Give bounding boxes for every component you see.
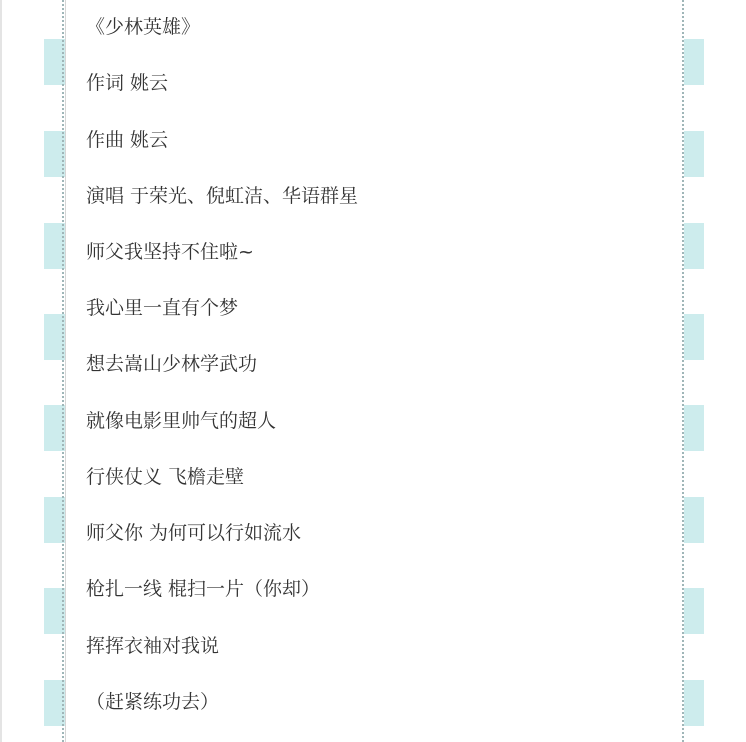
lyric-line: 挥挥衣袖对我说 <box>86 634 219 658</box>
decorative-teal-block-right <box>684 314 704 360</box>
left-window-edge <box>0 0 2 742</box>
lyric-line: （赶紧练功去） <box>86 690 219 714</box>
lyricist-credit: 作词 姚云 <box>86 71 168 95</box>
lyrics-page: 《少林英雄》 作词 姚云 作曲 姚云 演唱 于荣光、倪虹洁、华语群星 师父我坚持… <box>66 0 682 742</box>
decorative-teal-block-right <box>684 588 704 634</box>
decorative-teal-block-right <box>684 131 704 177</box>
decorative-teal-block-right <box>684 680 704 726</box>
decorative-teal-block-right <box>684 39 704 85</box>
dotted-border-right <box>682 0 684 742</box>
composer-credit: 作曲 姚云 <box>86 128 168 152</box>
song-title: 《少林英雄》 <box>86 15 200 39</box>
decorative-teal-block-right <box>684 405 704 451</box>
performer-credit: 演唱 于荣光、倪虹洁、华语群星 <box>86 184 358 208</box>
lyric-line: 师父我坚持不住啦~ <box>86 240 254 264</box>
lyric-line: 行侠仗义 飞檐走壁 <box>86 465 244 489</box>
lyric-line: 枪扎一线 棍扫一片（你却） <box>86 577 320 601</box>
dotted-border-left <box>62 0 64 742</box>
decorative-teal-block-right <box>684 497 704 543</box>
lyric-line: 我心里一直有个梦 <box>86 296 238 320</box>
lyric-line: 想去嵩山少林学武功 <box>86 352 257 376</box>
decorative-teal-block-right <box>684 223 704 269</box>
lyric-line: 师父你 为何可以行如流水 <box>86 521 301 545</box>
lyric-line: 就像电影里帅气的超人 <box>86 409 276 433</box>
